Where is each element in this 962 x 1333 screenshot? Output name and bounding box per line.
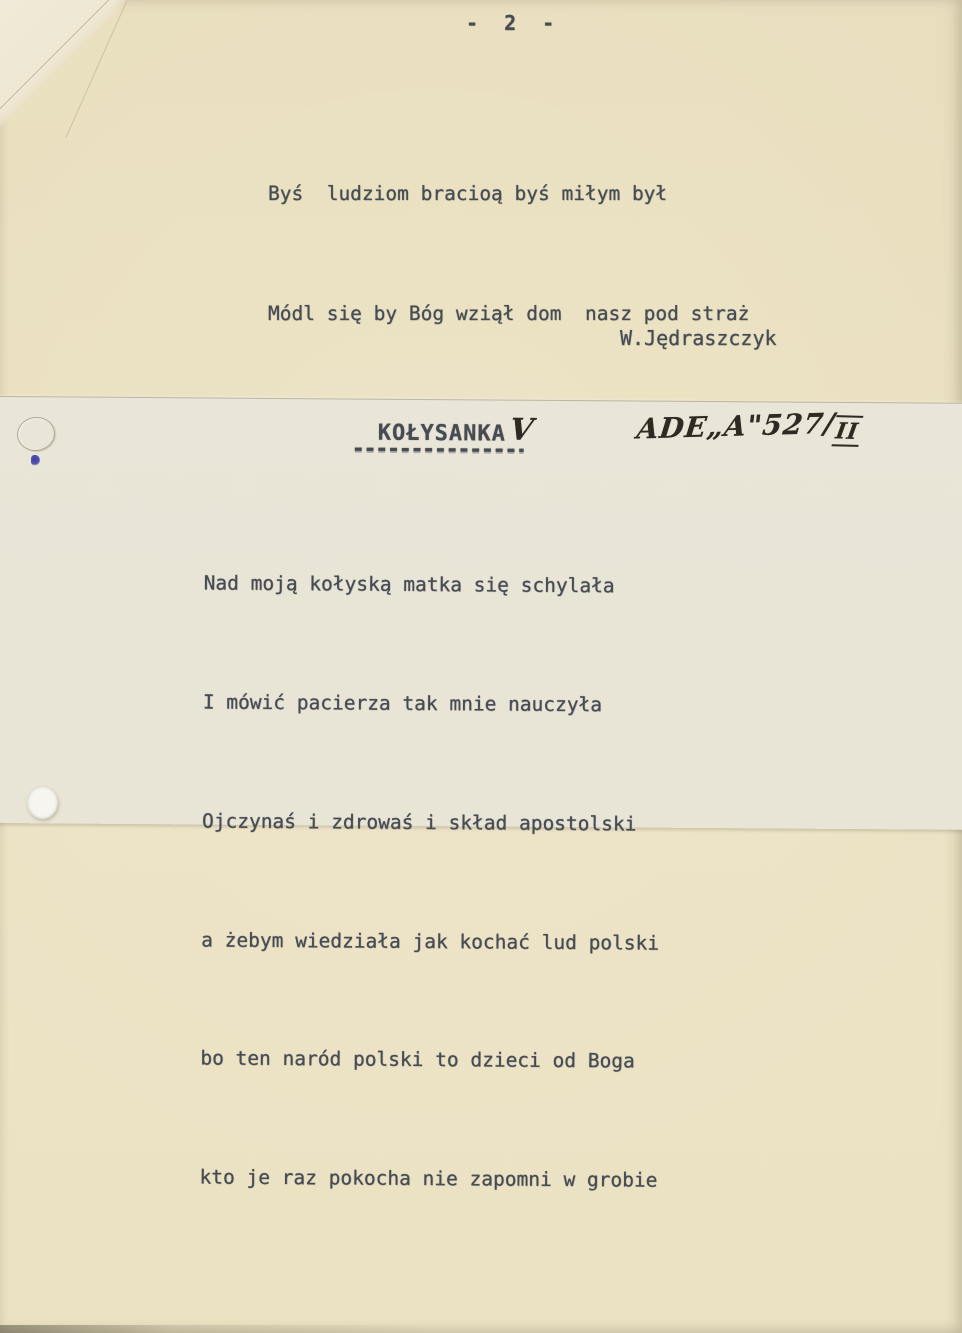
corner-fold: [0, 0, 128, 128]
poem-line: Nad moją kołyską matka się schylała: [204, 564, 662, 607]
poem-line: bo ten naród polski to dzieci od Boga: [200, 1039, 658, 1082]
poem-line: Ojczynaś i zdrowaś i skład apostolski: [202, 801, 660, 844]
page-number: - 2 -: [466, 11, 561, 35]
punch-hole: [27, 786, 58, 819]
poem-line: a żebym wiedziała jak kochać lud polski: [201, 920, 659, 963]
archive-reference: ADE„A"527/II: [635, 406, 864, 446]
poem-line: I mówić pacierza tak mnie nauczyła: [203, 682, 661, 725]
archive-reference-roman: II: [832, 415, 863, 447]
title-underline: ----------------: [352, 436, 524, 462]
scan-edge-shadow: [0, 1325, 962, 1333]
poem-line: kto je raz pokocha nie zapomni w grobie: [199, 1158, 657, 1201]
archive-reference-main: ADE„A"527/: [635, 407, 837, 446]
author-signature: W.Jędraszczyk: [620, 326, 777, 350]
scanned-page: - 2 - Byś ludziom bracioą byś miłym był …: [0, 0, 962, 1333]
poem-line: Byś ludziom bracioą byś miłym był: [268, 174, 749, 214]
poem-stanza-slip: Nad moją kołyską matka się schylała I mó…: [199, 484, 662, 1279]
blue-ink-mark: [31, 455, 40, 466]
pasted-slip: KOŁYSANKA V ---------------- ADE„A"527/I…: [0, 396, 962, 830]
